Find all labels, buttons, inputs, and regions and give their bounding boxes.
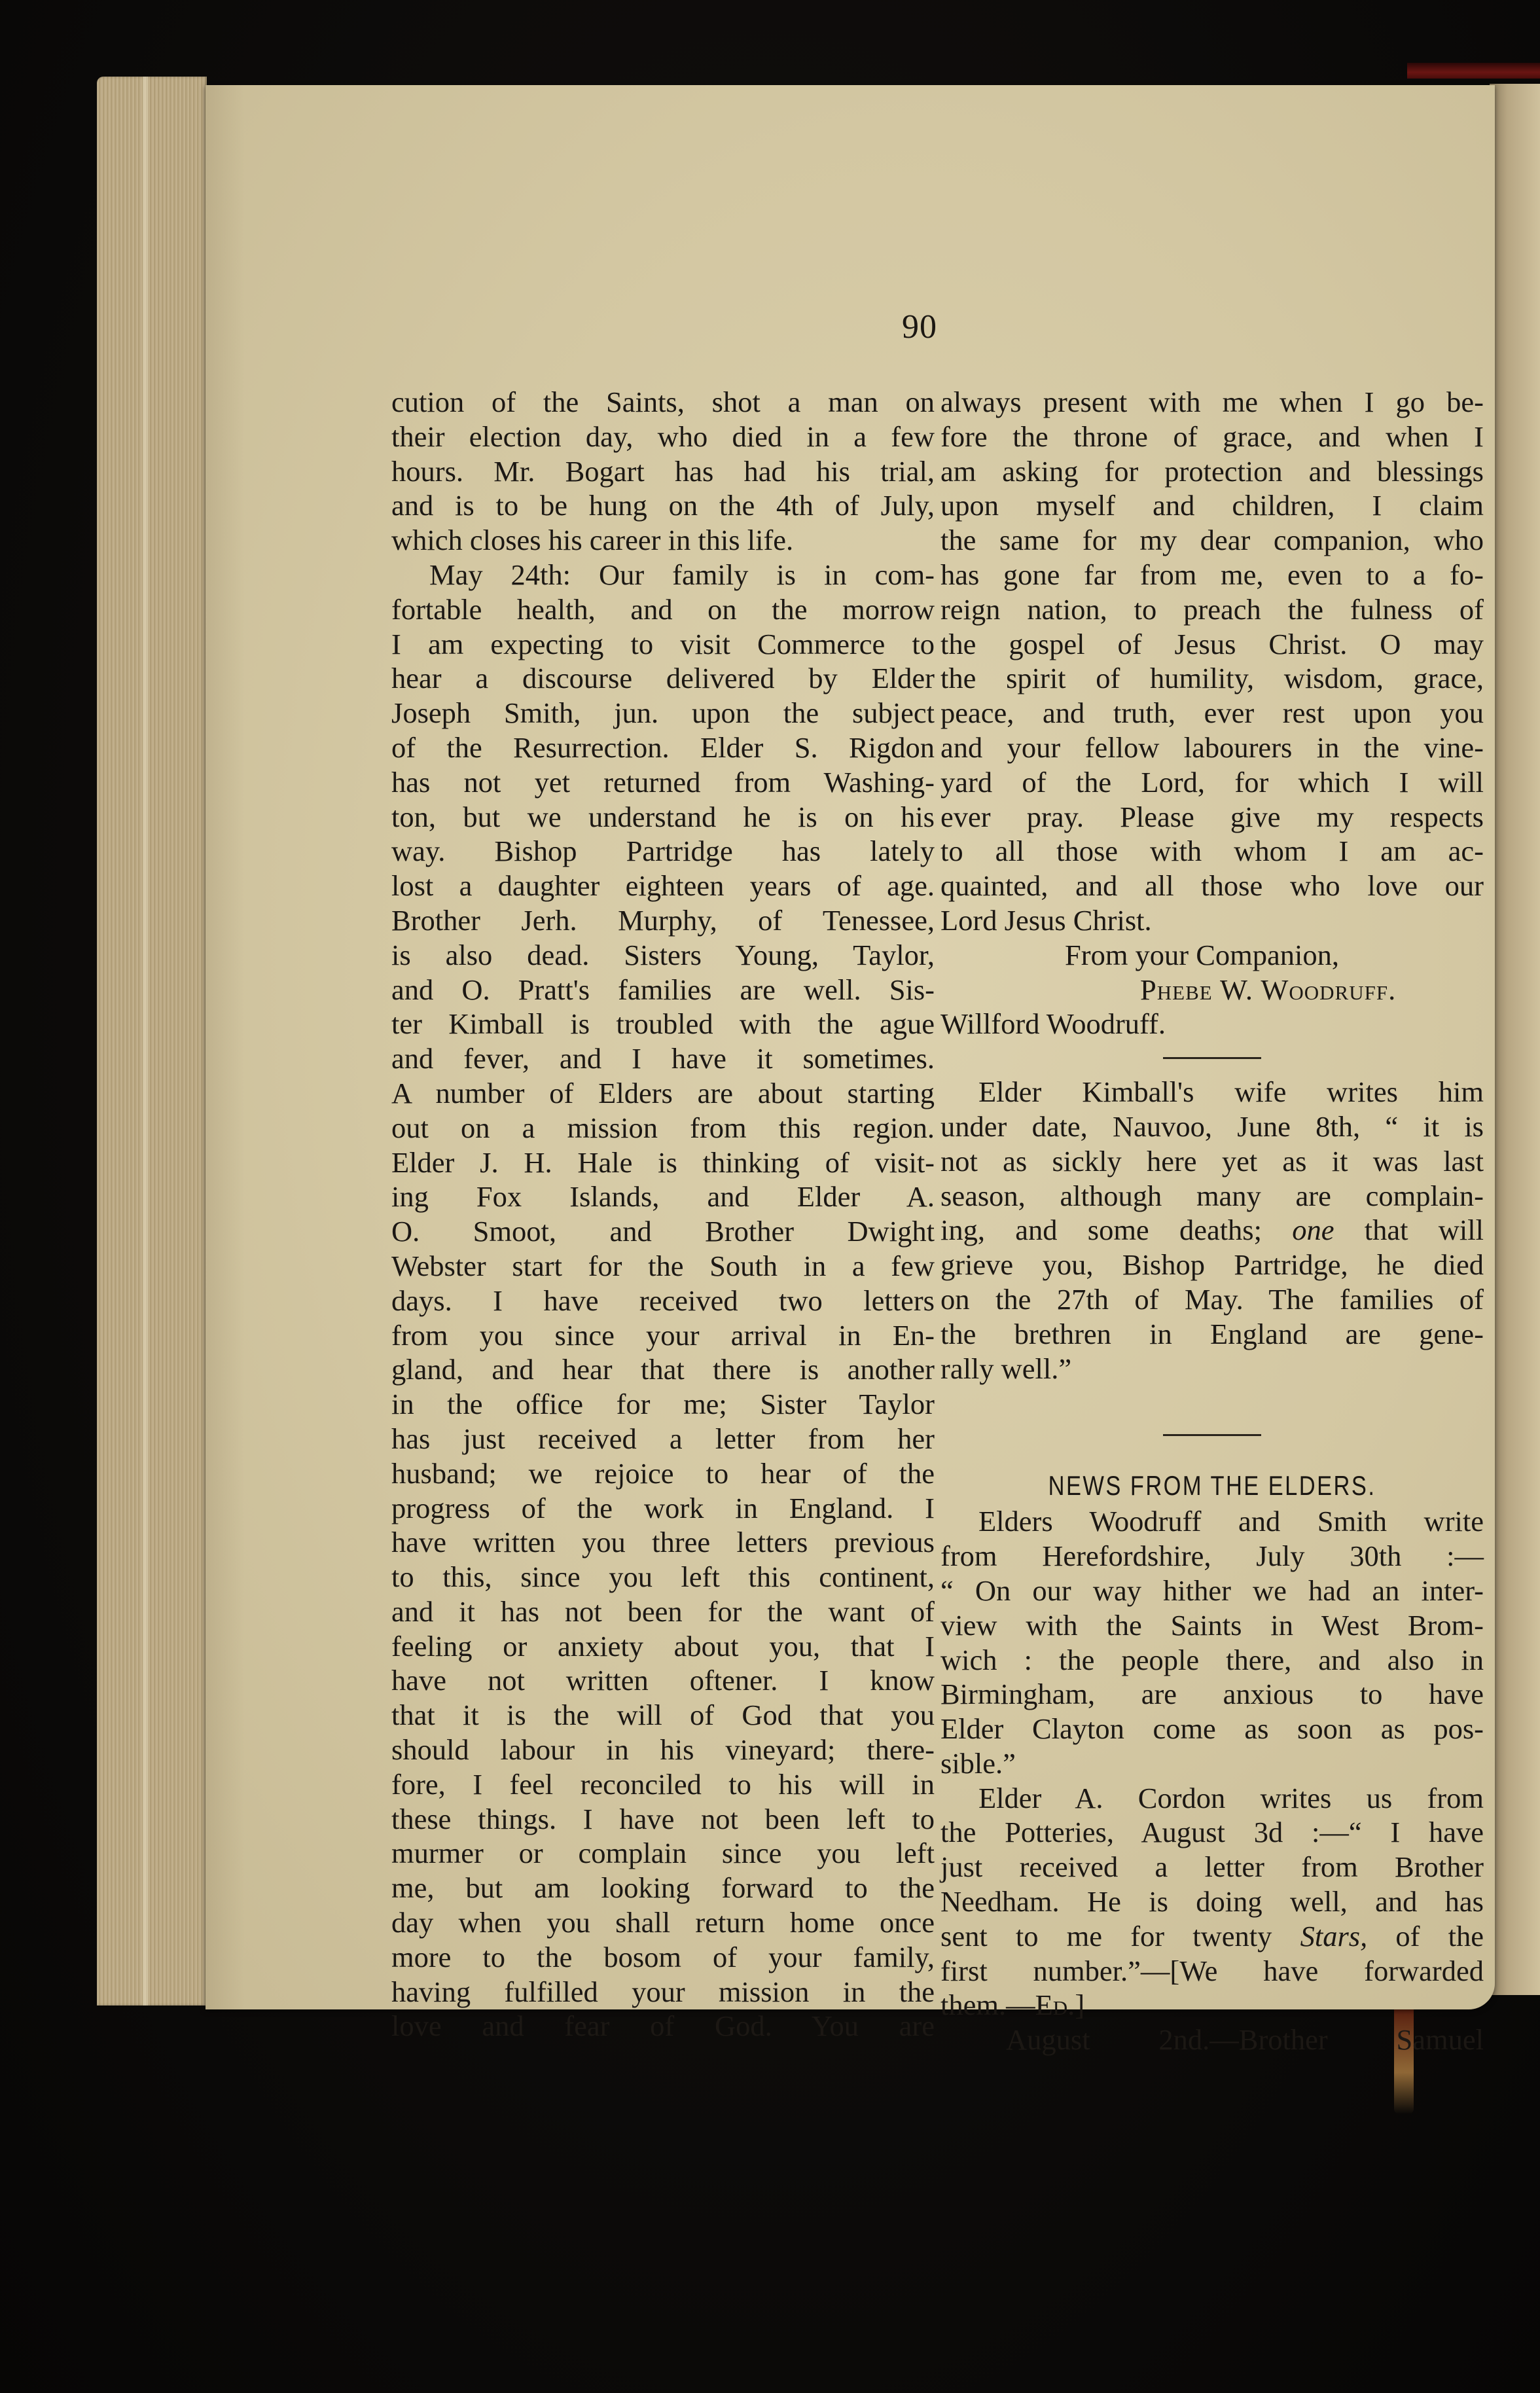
text-line: fortable health, and on the morrow (391, 592, 935, 627)
letter-signature: Phebe W. Woodruff. (940, 973, 1484, 1007)
paragraph-samuel: August 2nd.—Brother Samuel (940, 2023, 1484, 2057)
text-line: has just received a letter from her (391, 1422, 935, 1456)
text-line: and O. Pratt's families are well. Sis- (391, 973, 935, 1007)
text-line: murmer or complain since you left (391, 1836, 935, 1871)
text-line: which closes his career in this life. (391, 523, 935, 558)
section-divider (1163, 1434, 1261, 1436)
text-line: Joseph Smith, jun. upon the subject (391, 696, 935, 730)
text-line: and is to be hung on the 4th of July, (391, 488, 935, 523)
text-line: “ On our way hither we had an inter- (940, 1574, 1484, 1608)
section-heading-news-from-the-elders: NEWS FROM THE ELDERS. (990, 1467, 1435, 1504)
text-line: on the 27th of May. The families of (940, 1282, 1484, 1317)
text-run: of the (1367, 1920, 1484, 1952)
text-line: fore, I feel reconciled to his will in (391, 1767, 935, 1802)
text-line: have written you three letters previous (391, 1525, 935, 1560)
text-line: me, but am looking forward to the (391, 1871, 935, 1905)
text-line: not as sickly here yet as it was last (940, 1144, 1484, 1179)
text-line: I am expecting to visit Commerce to (391, 627, 935, 662)
text-run: them.— (940, 1988, 1035, 2021)
text-line: gland, and hear that there is another (391, 1352, 935, 1387)
text-line: first number.”—[We have forwarded (940, 1954, 1484, 1988)
left-column: cution of the Saints, shot a man on thei… (391, 385, 935, 2043)
text-line-mixed: them.—Ed.] (940, 1988, 1484, 2023)
text-line: Elder Clayton come as soon as pos- (940, 1712, 1484, 1746)
text-line: ing Fox Islands, and Elder A. (391, 1179, 935, 1214)
letter-continuation: always present with me when I go be- for… (940, 385, 1484, 1041)
section-divider (1163, 1057, 1261, 1059)
text-line-mixed: sent to me for twenty Stars, of the (940, 1919, 1484, 1954)
text-line: should labour in his vineyard; there- (391, 1733, 935, 1767)
paragraph-kimball-note: Elder Kimball's wife writes him under da… (940, 1075, 1484, 1386)
text-line: out on a mission from this region. (391, 1111, 935, 1145)
text-run: sent to me for twenty (940, 1920, 1272, 1952)
text-line: hear a discourse delivered by Elder (391, 661, 935, 696)
text-line: day when you shall return home once (391, 1905, 935, 1940)
text-line: view with the Saints in West Brom- (940, 1608, 1484, 1643)
text-line: to all those with whom I am ac- (940, 834, 1484, 869)
paragraph-woodruff-smith: Elders Woodruff and Smith write from Her… (940, 1504, 1484, 1780)
text-line: sible.” (940, 1746, 1484, 1781)
text-line: from you since your arrival in En- (391, 1318, 935, 1353)
text-line: reign nation, to preach the fulness of (940, 592, 1484, 627)
text-line: Elder Kimball's wife writes him (940, 1075, 1484, 1109)
text-line-mixed: ing, and some deaths; one that will (940, 1213, 1484, 1248)
text-line: and it has not been for the want of (391, 1594, 935, 1629)
emphasis-one: one (1292, 1214, 1334, 1246)
text-line: way. Bishop Partridge has lately (391, 834, 935, 869)
text-line: peace, and truth, ever rest upon you (940, 696, 1484, 730)
text-line: is also dead. Sisters Young, Taylor, (391, 938, 935, 973)
facing-page-edge (1490, 84, 1540, 1995)
text-run: ing, and some deaths; (940, 1214, 1262, 1246)
text-line: the Potteries, August 3d :—“ I have (940, 1815, 1484, 1850)
text-line: these things. I have not been left to (391, 1802, 935, 1837)
text-line: wich : the people there, and also in (940, 1643, 1484, 1678)
text-line: their election day, who died in a few (391, 420, 935, 454)
text-line: always present with me when I go be- (940, 385, 1484, 420)
text-line: feeling or anxiety about you, that I (391, 1629, 935, 1664)
text-line: ever pray. Please give my respects (940, 800, 1484, 835)
text-line: O. Smoot, and Brother Dwight (391, 1214, 935, 1249)
text-run: ] (1075, 1988, 1084, 2021)
text-line: love and fear of God. You are (391, 2009, 935, 2043)
text-line: am asking for protection and blessings (940, 454, 1484, 489)
text-line: May 24th: Our family is in com- (391, 558, 935, 592)
text-line: Elder J. H. Hale is thinking of visit- (391, 1145, 935, 1180)
text-line: August 2nd.—Brother Samuel (940, 2023, 1484, 2057)
text-line: ton, but we understand he is on his (391, 800, 935, 835)
text-line: under date, Nauvoo, June 8th, “ it is (940, 1109, 1484, 1144)
text-line: husband; we rejoice to hear of the (391, 1456, 935, 1491)
text-line: the brethren in England are gene- (940, 1317, 1484, 1352)
letter-addressee: Willford Woodruff. (940, 1007, 1484, 1041)
text-line: Needham. He is doing well, and has (940, 1884, 1484, 1919)
text-line: and fever, and I have it sometimes. (391, 1041, 935, 1076)
page-edge-stack (97, 77, 207, 2006)
text-line: Elder A. Cordon writes us from (940, 1781, 1484, 1816)
text-line: just received a letter from Brother (940, 1850, 1484, 1884)
text-line: quainted, and all those who love our (940, 869, 1484, 903)
text-line: lost a daughter eighteen years of age. (391, 869, 935, 903)
text-line: Brother Jerh. Murphy, of Tenessee, (391, 903, 935, 938)
right-column: always present with me when I go be- for… (940, 385, 1484, 2057)
text-line: cution of the Saints, shot a man on (391, 385, 935, 420)
book-binding-top (1407, 63, 1540, 79)
text-run: that will (1334, 1214, 1484, 1246)
text-line: the spirit of humility, wisdom, grace, (940, 661, 1484, 696)
text-line: progress of the work in England. I (391, 1491, 935, 1526)
text-line: that it is the will of God that you (391, 1698, 935, 1733)
text-line: hours. Mr. Bogart has had his trial, (391, 454, 935, 489)
text-line: ter Kimball is troubled with the ague (391, 1007, 935, 1041)
text-line: have not written oftener. I know (391, 1663, 935, 1698)
text-line: the gospel of Jesus Christ. O may (940, 627, 1484, 662)
text-line: has not yet returned from Washing- (391, 765, 935, 800)
text-line: Elders Woodruff and Smith write (940, 1504, 1484, 1539)
text-line: fore the throne of grace, and when I (940, 420, 1484, 454)
text-line: grieve you, Bishop Partridge, he died (940, 1248, 1484, 1282)
emphasis-stars: Stars, (1300, 1920, 1368, 1952)
text-line: A number of Elders are about starting (391, 1076, 935, 1111)
page-number: 90 (902, 308, 937, 346)
text-line: and your fellow labourers in the vine- (940, 730, 1484, 765)
text-line: Birmingham, are anxious to have (940, 1677, 1484, 1712)
text-line: of the Resurrection. Elder S. Rigdon (391, 730, 935, 765)
text-line: has gone far from me, even to a fo- (940, 558, 1484, 592)
text-line: rally well.” (940, 1352, 1484, 1386)
text-line: upon myself and children, I claim (940, 488, 1484, 523)
text-line: Lord Jesus Christ. (940, 903, 1484, 938)
text-line: from Herefordshire, July 30th :— (940, 1539, 1484, 1574)
paragraph-cution: cution of the Saints, shot a man on thei… (391, 385, 935, 558)
text-line: days. I have received two letters (391, 1284, 935, 1318)
text-line: Webster start for the South in a few (391, 1249, 935, 1284)
paragraph-may-24th: May 24th: Our family is in com- fortable… (391, 558, 935, 2043)
text-line: season, although many are complain- (940, 1179, 1484, 1214)
letter-closing: From your Companion, (940, 938, 1484, 973)
text-line: yard of the Lord, for which I will (940, 765, 1484, 800)
text-line: the same for my dear companion, who (940, 523, 1484, 558)
text-line: to this, since you left this continent, (391, 1560, 935, 1594)
editor-mark: Ed. (1035, 1988, 1075, 2021)
text-line: more to the bosom of your family, (391, 1940, 935, 1975)
paragraph-cordon: Elder A. Cordon writes us from the Potte… (940, 1781, 1484, 2023)
text-line: in the office for me; Sister Taylor (391, 1387, 935, 1422)
text-line: having fulfilled your mission in the (391, 1975, 935, 2009)
